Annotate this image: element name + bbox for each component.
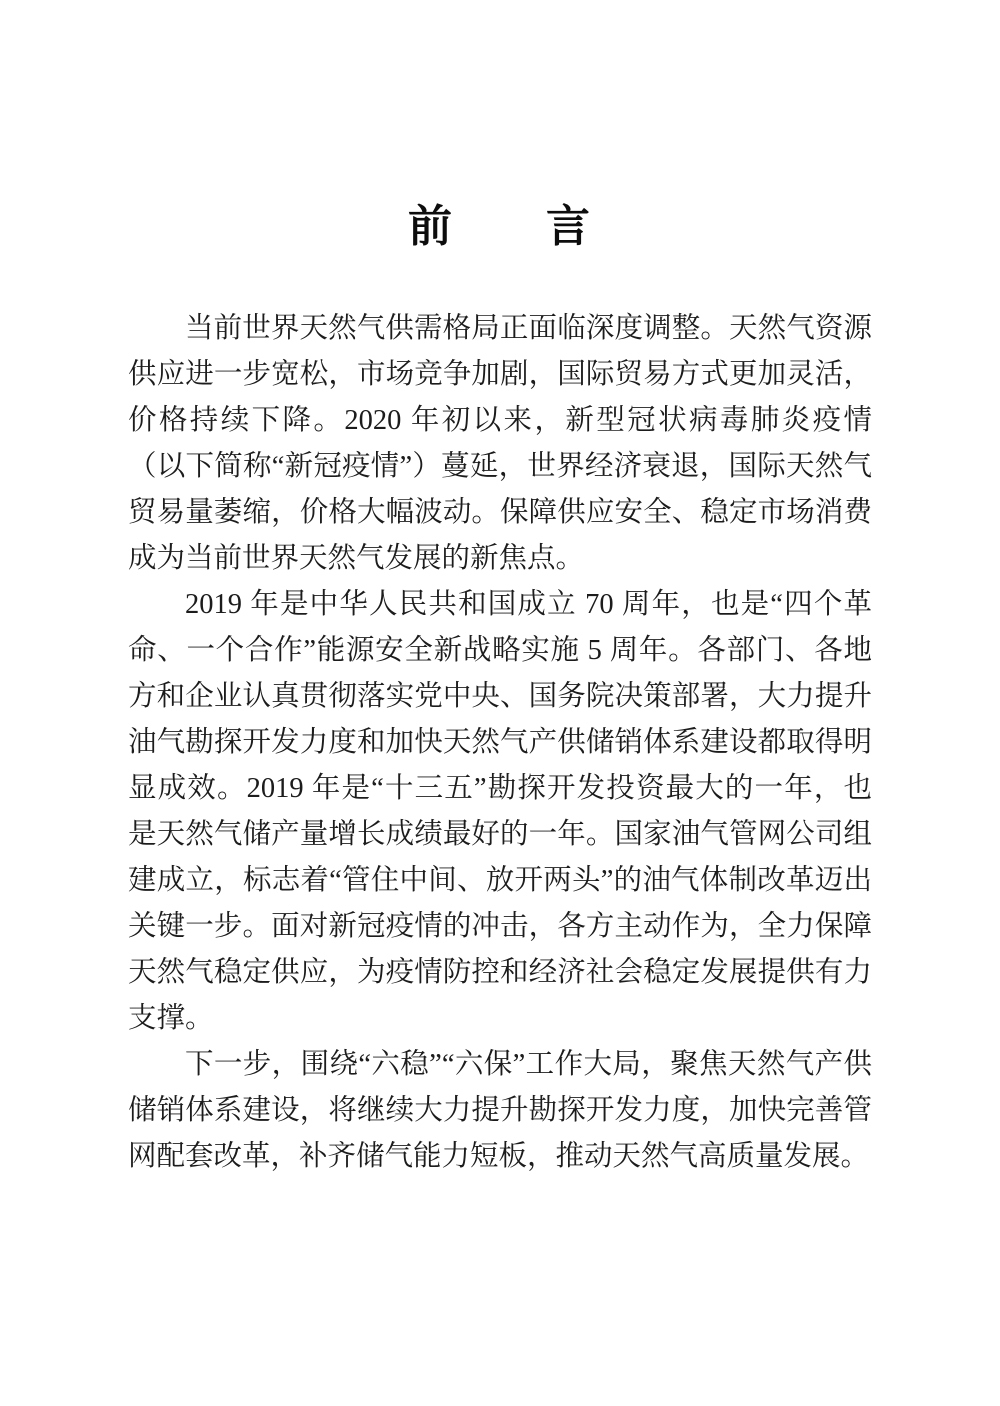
document-body: 当前世界天然气供需格局正面临深度调整。天然气资源供应进一步宽松，市场竞争加剧，国… [128,306,872,1180]
paragraph-2: 2019 年是中华人民共和国成立 70 周年，也是“四个革命、一个合作”能源安全… [128,582,872,1042]
page-title: 前 言 [0,0,1000,254]
document-page: 前 言 当前世界天然气供需格局正面临深度调整。天然气资源供应进一步宽松，市场竞争… [0,0,1000,1406]
paragraph-1: 当前世界天然气供需格局正面临深度调整。天然气资源供应进一步宽松，市场竞争加剧，国… [128,306,872,582]
paragraph-3: 下一步，围绕“六稳”“六保”工作大局，聚焦天然气产供储销体系建设，将继续大力提升… [128,1042,872,1180]
